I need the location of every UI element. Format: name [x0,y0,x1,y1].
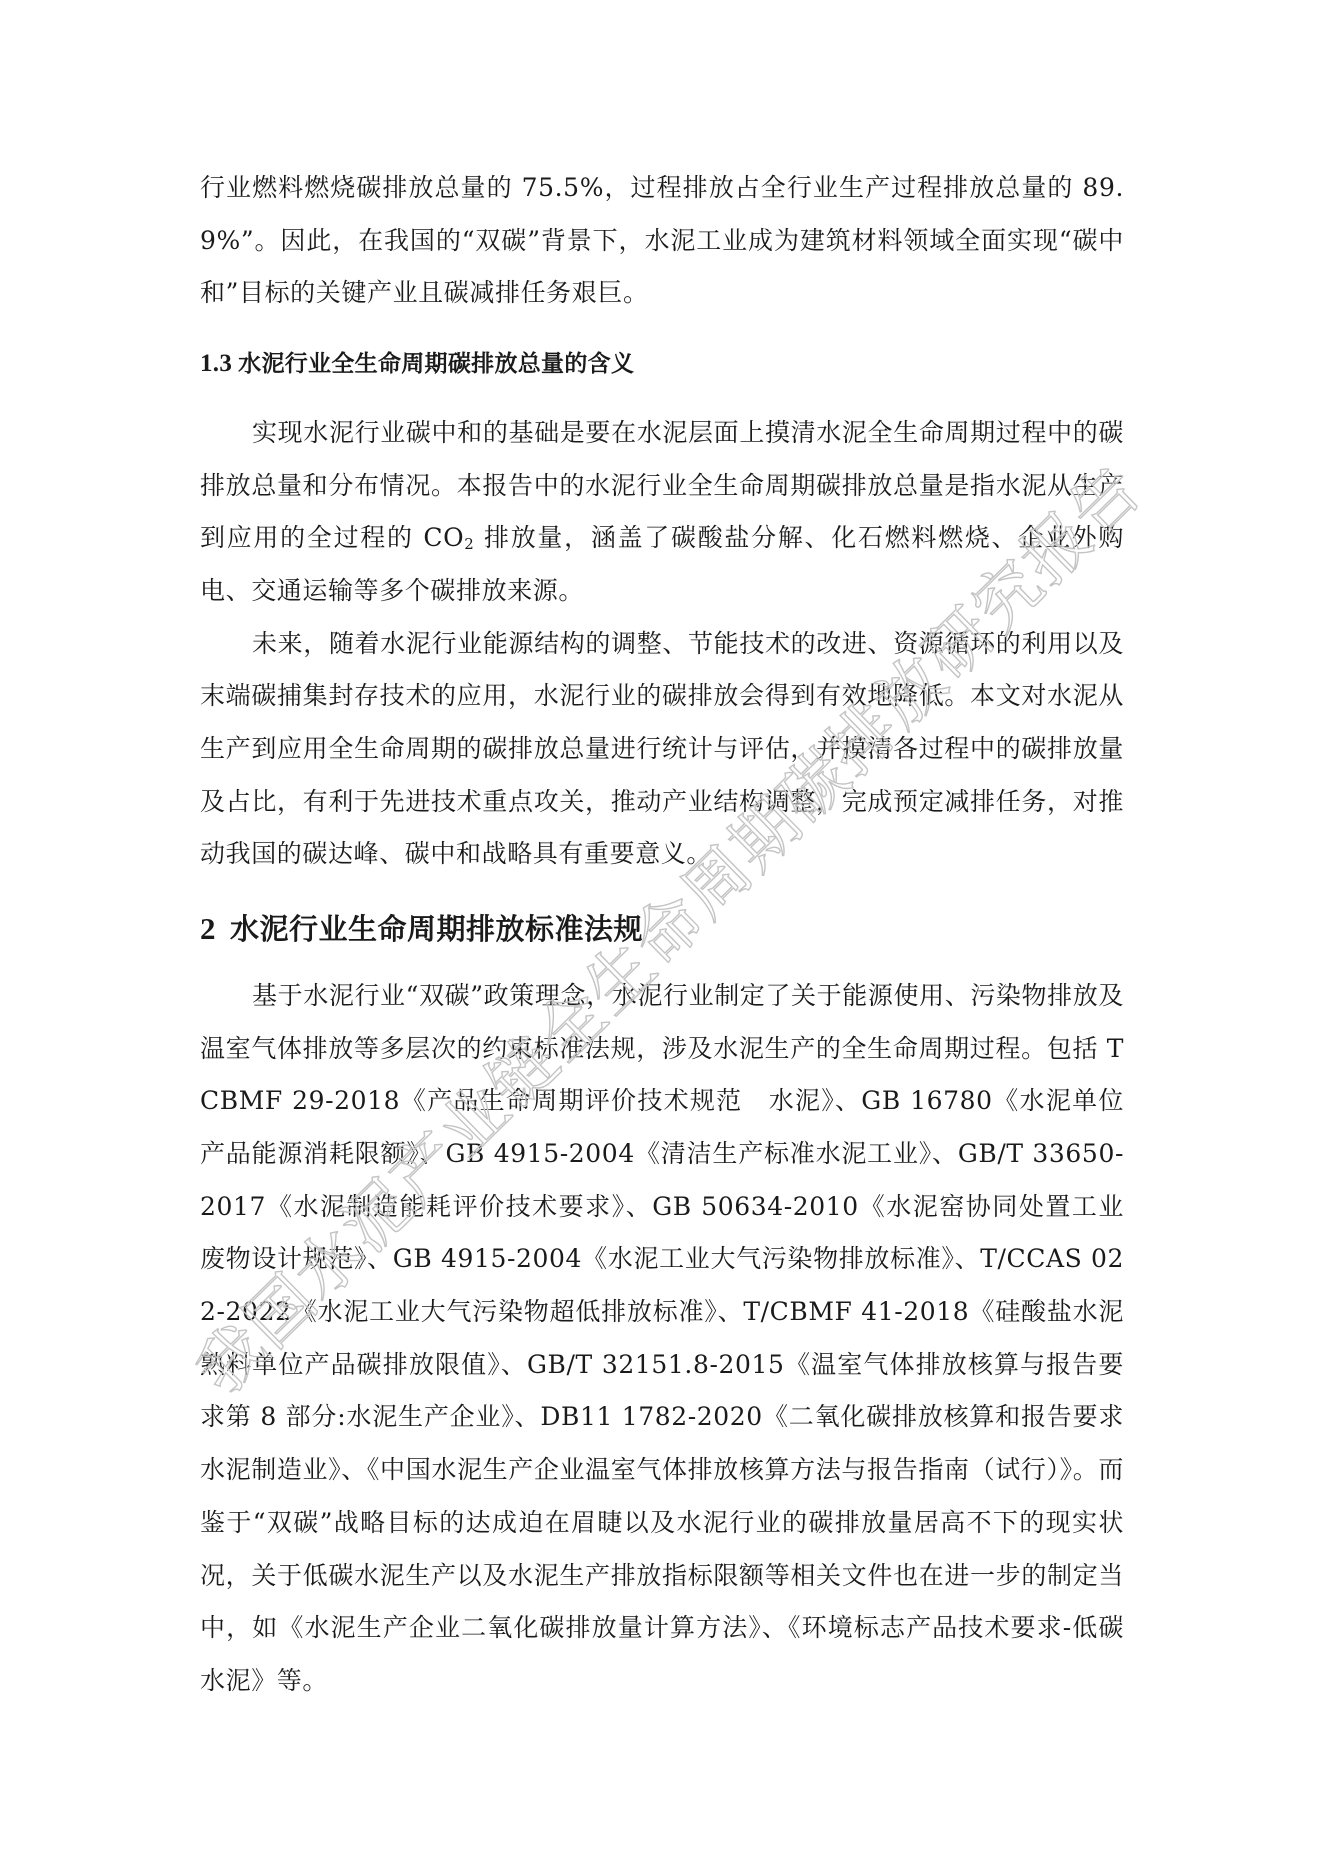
paragraph-future: 未来，随着水泥行业能源结构的调整、节能技术的改进、资源循环的利用以及末端碳捕集封… [200,618,1124,882]
section-title: 水泥行业生命周期排放标准法规 [230,912,643,946]
document-page: 行业燃料燃烧碳排放总量的 75.5%，过程排放占全行业生产过程排放总量的 89.… [0,0,1323,1871]
section-number: 1.3 [200,350,232,377]
section-heading-1-3: 1.3水泥行业全生命周期碳排放总量的含义 [200,338,1124,391]
paragraph-standards: 基于水泥行业“双碳”政策理念，水泥行业制定了关于能源使用、污染物排放及温室气体排… [200,970,1124,1708]
text-column: 行业燃料燃烧碳排放总量的 75.5%，过程排放占全行业生产过程排放总量的 89.… [200,162,1124,1708]
section-title: 水泥行业全生命周期碳排放总量的含义 [238,351,634,377]
co2-subscript: 2 [464,535,474,553]
paragraph-definition: 实现水泥行业碳中和的基础是要在水泥层面上摸清水泥全生命周期过程中的碳排放总量和分… [200,407,1124,618]
section-number: 2 [200,911,216,946]
section-heading-2: 2水泥行业生命周期排放标准法规 [200,903,1124,956]
paragraph-continuation: 行业燃料燃烧碳排放总量的 75.5%，过程排放占全行业生产过程排放总量的 89.… [200,162,1124,320]
